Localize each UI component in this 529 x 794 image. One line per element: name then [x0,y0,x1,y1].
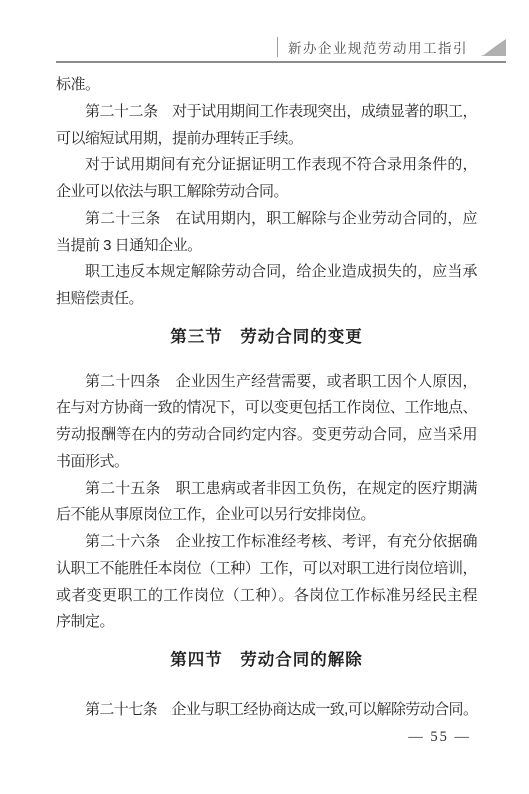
body-line: 可以缩短试用期，提前办理转正手续。 [56,126,477,153]
body-line: 序制定。 [56,609,477,636]
header-title: 新办企业规范劳动用工指引 [288,37,468,57]
body-line: 或者变更职工的工作岗位（工种）。各岗位工作标准另经民主程 [56,583,477,610]
body-line: 当提前 3 日通知企业。 [56,233,477,260]
body-line: 书面形式。 [56,449,477,476]
body-line: 第二十二条 对于试用期间工作表现突出，成绩显著的职工， [56,99,477,126]
document-content: 标准。 第二十二条 对于试用期间工作表现突出，成绩显著的职工， 可以缩短试用期，… [56,72,477,724]
body-line: 企业可以依法与职工解除劳动合同。 [56,179,477,206]
body-line: 第二十六条 企业按工作标准经考核、考评，有充分依据确 [56,529,477,556]
section-heading-3: 第三节 劳动合同的变更 [56,324,477,351]
body-line: 第二十三条 在试用期内，职工解除与企业劳动合同的，应 [56,206,477,233]
document-page: 新办企业规范劳动用工指引 标准。 第二十二条 对于试用期间工作表现突出，成绩显著… [0,0,529,794]
section-heading-4: 第四节 劳动合同的解除 [56,647,477,674]
header-divider [277,37,278,57]
body-line: 第二十四条 企业因生产经营需要，或者职工因个人原因， [56,369,477,396]
page-number: — 55 — [56,724,477,751]
page-header: 新办企业规范劳动用工指引 [56,34,506,60]
body-line: 认职工不能胜任本岗位（工种）工作，可以对职工进行岗位培训， [56,556,477,583]
body-line: 第二十七条 企业与职工经协商达成一致,可以解除劳动合同。 [56,697,477,724]
body-line: 在与对方协商一致的情况下，可以变更包括工作岗位、工作地点、 [56,395,477,422]
body-line: 标准。 [56,72,477,99]
body-line: 对于试用期间有充分证据证明工作表现不符合录用条件的， [56,152,477,179]
body-line: 第二十五条 职工患病或者非因工负伤，在规定的医疗期满 [56,476,477,503]
body-line: 担赔偿责任。 [56,286,477,313]
corner-triangle-icon [481,39,506,56]
body-line: 后不能从事原岗位工作，企业可以另行安排岗位。 [56,502,477,529]
body-line: 劳动报酬等在内的劳动合同约定内容。变更劳动合同，应当采用 [56,422,477,449]
header-rule [56,61,506,63]
body-line: 职工违反本规定解除劳动合同，给企业造成损失的，应当承 [56,259,477,286]
